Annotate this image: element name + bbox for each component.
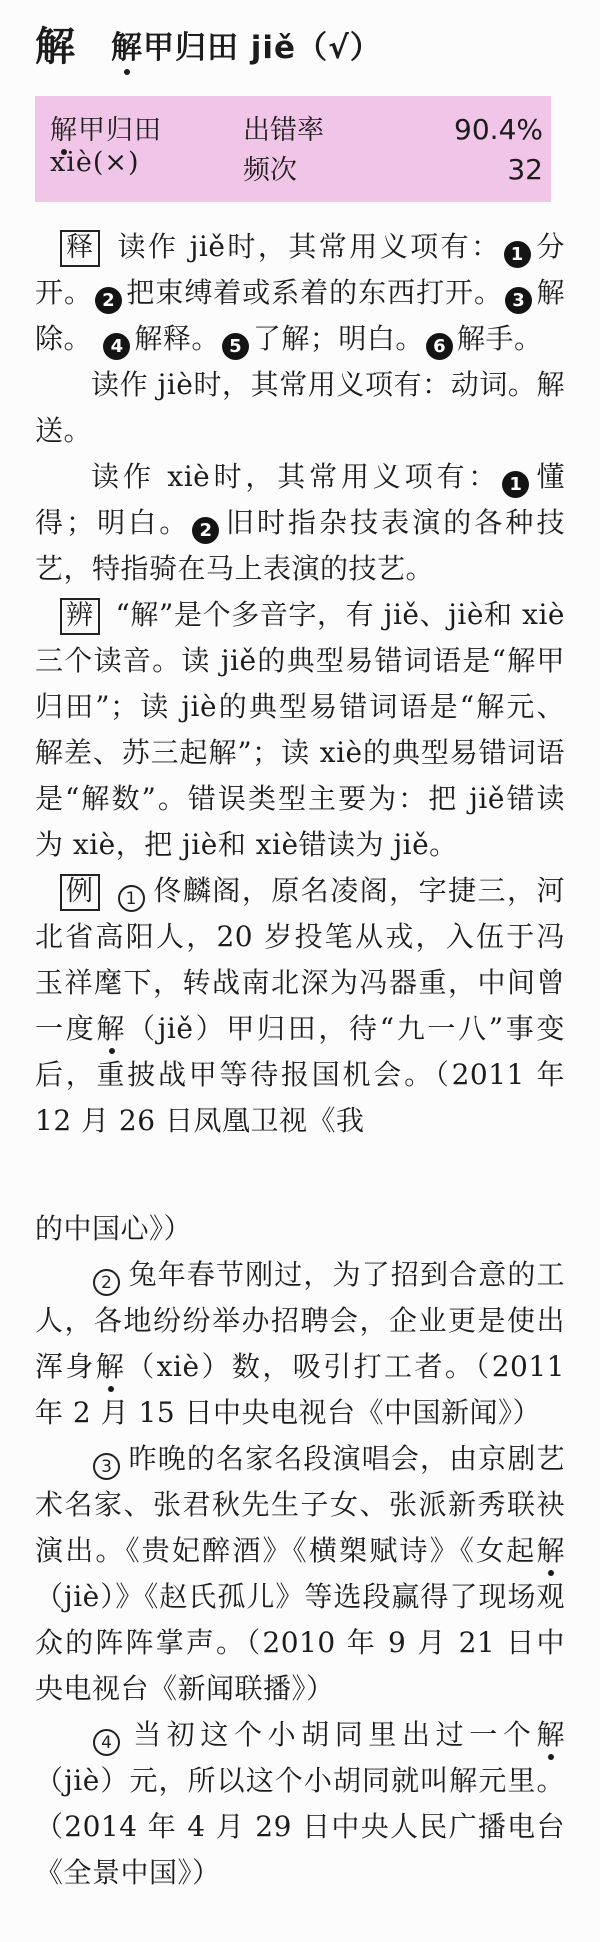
error-rate-value: 90.4% (393, 113, 543, 146)
emphasis-dot-char: 解 (536, 1718, 565, 1751)
filled-circle-number: 4 (103, 333, 130, 360)
outlined-circle-number: 2 (93, 1269, 120, 1296)
emphasis-dot-char: 解 (96, 1350, 126, 1383)
filled-circle-number: 5 (222, 333, 249, 360)
definition-paragraph-jie4: 读作 jiè时，其常用义项有：动词。解送。 (35, 362, 565, 454)
entry-title: 解甲归田 jiě（√） (111, 24, 382, 70)
entry-header: 解 解甲归田 jiě（√） (35, 24, 565, 70)
section-tag-li: 例 (60, 874, 100, 911)
example-4: 4当初这个小胡同里出过一个解（jiè）元，所以这个小胡同就叫解元里。（2014 … (35, 1712, 565, 1896)
filled-circle-number: 6 (426, 333, 453, 360)
filled-circle-number: 3 (505, 287, 532, 314)
emphasis-dot-char: 解 (536, 1534, 565, 1567)
definition-paragraph-xie4: 读作 xiè时，其常用义项有：1懂得；明白。2旧时指杂技表演的各种技艺，特指骑在… (35, 454, 565, 592)
stat-row-error-rate: 解甲归田 xiè(×) 出错率 90.4% (50, 108, 543, 148)
wrong-reading-phrase: 解甲归田 xiè(×) (50, 108, 243, 178)
outlined-circle-number: 1 (118, 885, 145, 912)
error-stats-box: 解甲归田 xiè(×) 出错率 90.4% 频次 32 (35, 96, 551, 202)
definition-paragraph-jie3: 释读作 jiě时，其常用义项有：1分开。2把束缚着或系着的东西打开。3解除。 4… (35, 224, 565, 362)
emphasis-dot-char: 解 (50, 115, 78, 146)
discrimination-text: “解”是个多音字，有 jiě、jiè和 xiè三个读音。读 jiě的典型易错词语… (35, 598, 565, 861)
discrimination-section: 辨“解”是个多音字，有 jiě、jiè和 xiè三个读音。读 jiě的典型易错词… (35, 592, 565, 868)
emphasis-dot-char: 解 (111, 30, 143, 66)
example-2: 2兔年春节刚过，为了招到合意的工人，各地纷纷举办招聘会，企业更是使出浑身解（xi… (35, 1252, 565, 1436)
definition-section: 释读作 jiě时，其常用义项有：1分开。2把束缚着或系着的东西打开。3解除。 4… (35, 224, 565, 592)
example-1-part-1: 例1佟麟阁，原名凌阁，字捷三，河北省高阳人，20 岁投笔从戎，入伍于冯玉祥麾下，… (35, 868, 565, 1144)
emphasis-dot-char: 解 (96, 1012, 127, 1045)
section-tag-bian: 辨 (60, 598, 100, 635)
outlined-circle-number: 3 (93, 1453, 120, 1480)
definition-text-jie3: 读作 jiě时，其常用义项有：1分开。2把束缚着或系着的东西打开。3解除。 4解… (35, 230, 565, 355)
headword: 解 (35, 24, 75, 70)
filled-circle-number: 1 (504, 241, 531, 268)
filled-circle-number: 2 (95, 287, 122, 314)
dictionary-page: 解 解甲归田 jiě（√） 解甲归田 xiè(×) 出错率 90.4% 频次 3… (0, 0, 600, 1942)
error-rate-label: 出错率 (243, 108, 393, 147)
frequency-label: 频次 (243, 148, 393, 187)
section-tag-shi: 释 (60, 230, 100, 267)
outlined-circle-number: 4 (93, 1729, 120, 1756)
example-1-text: 1佟麟阁，原名凌阁，字捷三，河北省高阳人，20 岁投笔从戎，入伍于冯玉祥麾下，转… (35, 874, 565, 1137)
discrimination-paragraph: 辨“解”是个多音字，有 jiě、jiè和 xiè三个读音。读 jiě的典型易错词… (35, 592, 565, 868)
filled-circle-number: 2 (192, 517, 219, 544)
example-3: 3昨晚的名家名段演唱会，由京剧艺术名家、张君秋先生子女、张派新秀联袂演出。《贵妃… (35, 1436, 565, 1712)
page-break-gap (35, 1144, 565, 1206)
example-1-part-2: 的中国心》） (35, 1206, 565, 1252)
frequency-value: 32 (393, 153, 543, 186)
examples-section: 例1佟麟阁，原名凌阁，字捷三，河北省高阳人，20 岁投笔从戎，入伍于冯玉祥麾下，… (35, 868, 565, 1896)
filled-circle-number: 1 (502, 471, 529, 498)
